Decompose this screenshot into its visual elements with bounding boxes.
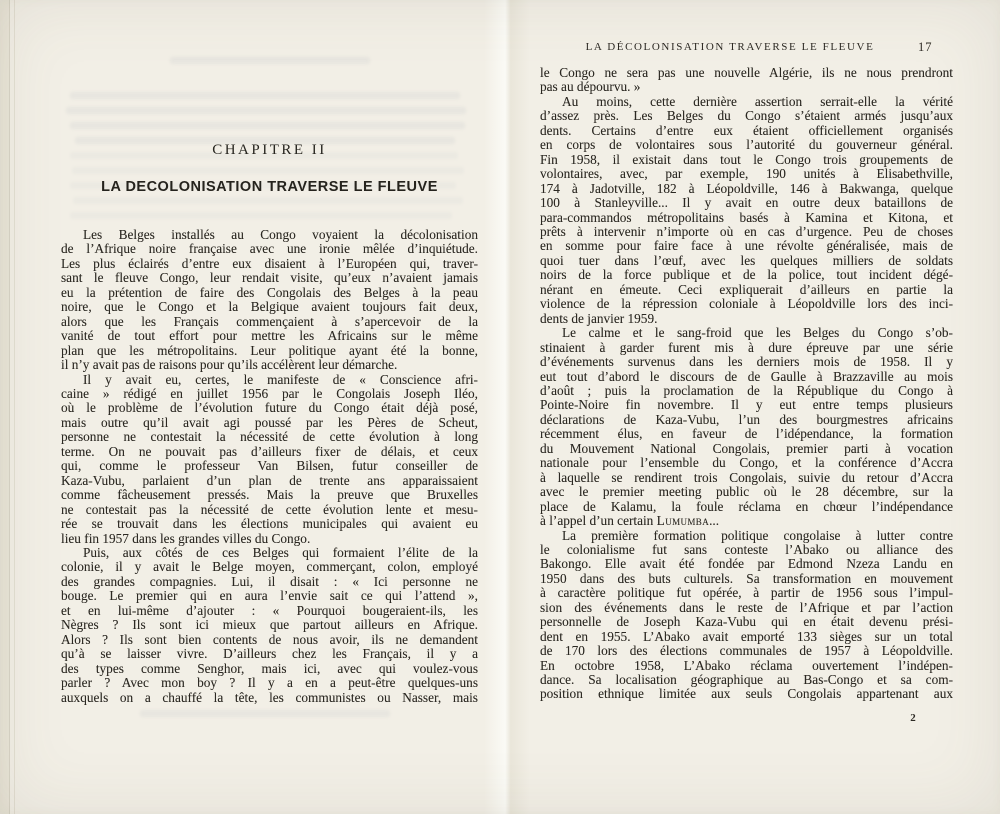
text-line: noirs de la force publique et de la poli… [540, 268, 953, 282]
text-line: La première formation politique congolai… [540, 529, 953, 543]
text-line: pas au dépourvu. » [540, 80, 953, 94]
text-line: dance. Sa localisation géographique au B… [540, 673, 953, 687]
running-header: LA DÉCOLONISATION TRAVERSE LE FLEUVE [540, 41, 920, 53]
left-page-edge-line [14, 0, 15, 814]
text-line: déclarations de Kaza-Vubu, l’un des bour… [540, 413, 953, 427]
text-line: vanité de tout effort pour mettre les Af… [61, 329, 478, 343]
text-line: où le problème de l’évolution future du … [61, 401, 478, 415]
text-line: mais outre qu’il avait agi poussé par le… [61, 416, 478, 430]
text-line: caine » rédigé en juillet 1956 par le Co… [61, 387, 478, 401]
bleedthrough-smudge [66, 107, 466, 114]
text-line: Kaza-Vubu, parlaient d’un plan de trente… [61, 474, 478, 488]
bleedthrough-smudge [70, 122, 465, 129]
right-page-body: le Congo ne sera pas une nouvelle Algéri… [540, 66, 953, 702]
text-line: eu la prétention de faire des Congolais … [61, 286, 478, 300]
text-line: sion des événements dans le reste de l’A… [540, 601, 953, 615]
text-line: colonie, il y avait le Belge moyen, comm… [61, 560, 478, 574]
text-line: à l’appel d’un certain Lumumba... [540, 514, 953, 528]
text-line: En octobre 1958, L’Abako réclama ouverte… [540, 659, 953, 673]
bleedthrough-smudge [72, 167, 464, 174]
text-line: bouge. Le premier qui en aura l’envie sa… [61, 589, 478, 603]
text-line: de l’Afrique noire française avec une ir… [61, 242, 478, 256]
text-line: dents. Certains d’entre eux étaient offi… [540, 124, 953, 138]
text-line: lieu fin 1957 dans les grandes villes du… [61, 532, 478, 546]
text-line: volontaires, avec, par exemple, 190 unit… [540, 167, 953, 181]
text-line: nationale pour l’ensemble du Congo, et l… [540, 456, 953, 470]
text-line: dent en 1955. L’Abako avait emporté 133 … [540, 630, 953, 644]
text-line: Au moins, cette dernière assertion serra… [540, 95, 953, 109]
text-line: auxquels on a chauffé la tête, les commu… [61, 691, 478, 705]
bleedthrough-smudge [70, 212, 452, 219]
text-line: il n’y avait pas de raisons pour qu’ils … [61, 358, 478, 372]
text-line: du Mouvement National Congolais, premier… [540, 442, 953, 456]
text-line: le colonialisme fut sans conteste l’Abak… [540, 543, 953, 557]
text-line: des types comme Senghor, mais ici, avec … [61, 662, 478, 676]
text-line: dents de janvier 1959. [540, 312, 953, 326]
text-line: Nègres ? Ils sont ici mieux que partout … [61, 618, 478, 632]
text-line: Alors ? Ils sont bien contents de nous a… [61, 633, 478, 647]
text-line: terme. On ne pouvait pas d’ailleurs fixe… [61, 445, 478, 459]
text-line: comme fâcheusement pressés. Mais la preu… [61, 488, 478, 502]
text-line: 100 à Stanleyville... Il y avait en outr… [540, 196, 953, 210]
text-line: Il y avait eu, certes, le manifeste de «… [61, 373, 478, 387]
text-line: d’événements survenus dans les derniers … [540, 355, 953, 369]
text-line: sant le fleuve Congo, leur rendait visit… [61, 271, 478, 285]
text-line: personnelle de Joseph Kaza-Vubu qui en é… [540, 615, 953, 629]
book-gutter [484, 0, 530, 814]
bleedthrough-smudge [170, 57, 370, 64]
bleedthrough-smudge [140, 710, 390, 717]
text-line: ne contestait pas la nécessité de cette … [61, 503, 478, 517]
bleedthrough-smudge [70, 92, 460, 99]
page-number: 17 [918, 40, 948, 55]
text-line: eut tout d’abord le discours de de Gaull… [540, 370, 953, 384]
signature-mark: 2 [898, 712, 928, 724]
text-line: 174 à Jadotville, 182 à Léopoldville, 14… [540, 182, 953, 196]
text-line: Les plus éclairés d’entre eux disaient à… [61, 257, 478, 271]
text-line: et en lui-même d’ajouter : « Pourquoi bo… [61, 604, 478, 618]
text-line: stinaient à garder furent mis à dure épr… [540, 341, 953, 355]
text-line: rée se trouvait dans les élections munic… [61, 517, 478, 531]
left-page-edge [0, 0, 10, 814]
text-line: place de Kalamu, la foule réclama en chœ… [540, 500, 953, 514]
text-line: Le calme et le sang-froid que les Belges… [540, 326, 953, 340]
text-line: personne ne contestait la nécessité de c… [61, 430, 478, 444]
text-line: 1950 dans des buts culturels. Sa transfo… [540, 572, 953, 586]
text-line: qu’à se laisser vivre. D’ailleurs chez l… [61, 647, 478, 661]
text-line: en somme pour faire face à une révolte g… [540, 239, 953, 253]
text-line: quoi tuer dans l’œuf, avec les quelques … [540, 254, 953, 268]
text-line: récemment élus, en faveur de l’idépendan… [540, 427, 953, 441]
text-line: de 170 lors des élections communales de … [540, 644, 953, 658]
text-line: violence de la répression coloniale à Lé… [540, 297, 953, 311]
chapter-heading: CHAPITRE II [61, 142, 478, 159]
text-line: plan que les métropolitains. Leur politi… [61, 344, 478, 358]
text-line: d’assez près. Les Belges du Congo s’étai… [540, 109, 953, 123]
text-line: à caractère politique fut opérée, à part… [540, 586, 953, 600]
chapter-title: LA DECOLONISATION TRAVERSE LE FLEUVE [61, 179, 478, 195]
text-line: Les Belges installés au Congo voyaient l… [61, 228, 478, 242]
text-line: en corps de volontaires sous l’autorité … [540, 138, 953, 152]
book-spread: CHAPITRE II LA DECOLONISATION TRAVERSE L… [0, 0, 1000, 814]
text-line: avec le premier meeting public où le 28 … [540, 485, 953, 499]
text-line: para-commandos métropolitains basés à Ka… [540, 211, 953, 225]
text-line: noire, que le Congo et la Belgique avaie… [61, 300, 478, 314]
text-line: à laquelle se rendirent trois Congolais,… [540, 471, 953, 485]
bleedthrough-smudge [73, 197, 463, 204]
text-line: Bakongo. Elle avait été fondée par Edmon… [540, 557, 953, 571]
text-line: parler ? Avec mon boy ? Il y a en a peut… [61, 676, 478, 690]
text-line: d’août ; puis la proclamation de la Répu… [540, 384, 953, 398]
left-page-body: Les Belges installés au Congo voyaient l… [61, 228, 478, 705]
text-line: qui, comme le professeur Van Bilsen, fut… [61, 459, 478, 473]
text-line: alors que les Français commençaient à s’… [61, 315, 478, 329]
text-line: position ethnique limitée aux seuls Cong… [540, 687, 953, 701]
text-line: prêts à intervenir n’importe où en cas d… [540, 225, 953, 239]
text-line: des grandes compagnies. Lui, il disait :… [61, 575, 478, 589]
text-line: Pointe-Noire fin novembre. Il y eut entr… [540, 398, 953, 412]
text-line: le Congo ne sera pas une nouvelle Algéri… [540, 66, 953, 80]
text-line: Fin 1958, il existait dans tout le Congo… [540, 153, 953, 167]
text-line: Puis, aux côtés de ces Belges qui formai… [61, 546, 478, 560]
text-line: nérant en émeute. Ceci expliquerait d’ai… [540, 283, 953, 297]
